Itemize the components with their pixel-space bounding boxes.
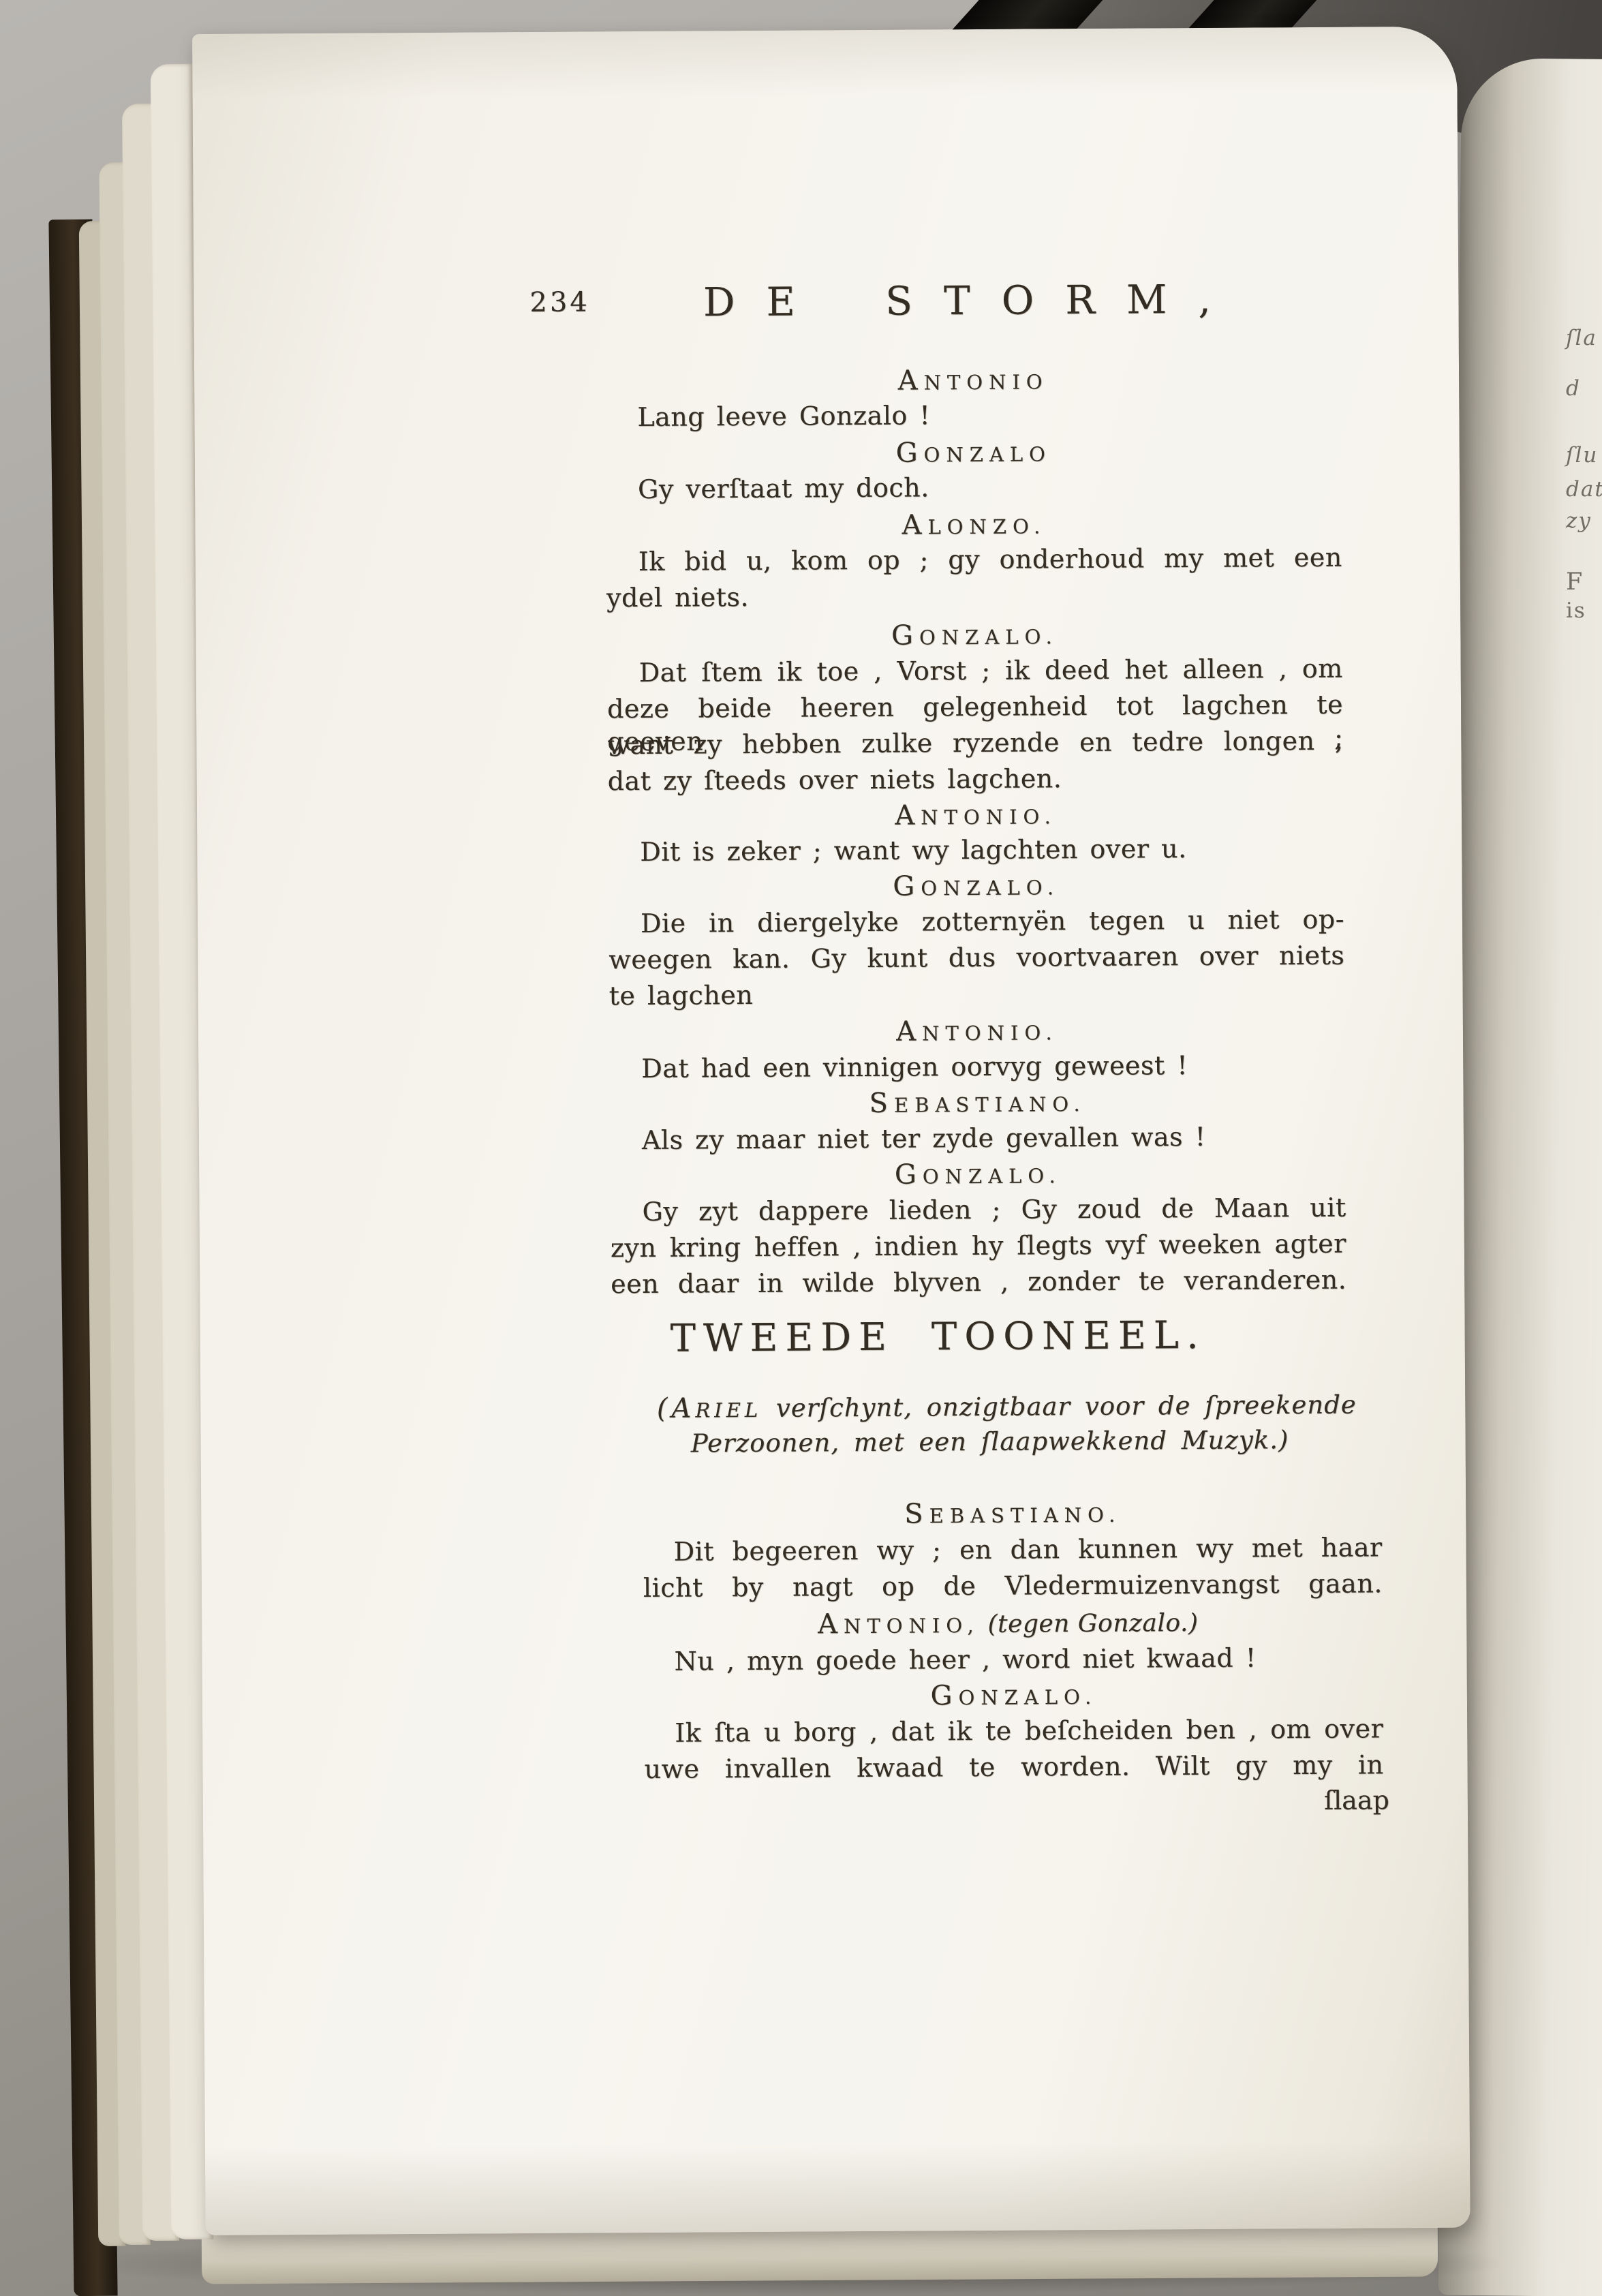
dialogue-line: dat zy ſteeds over niets lagchen. [608, 761, 1344, 798]
stage-direction-text: verſchynt, onzigtbaar voor de ſpreekende [762, 1390, 1357, 1423]
dialogue-line: Gy verſtaat my doch. [638, 470, 1342, 506]
speaker-name: SEBASTIANO. [645, 1495, 1381, 1531]
speaker-name: GONZALO. [609, 868, 1344, 904]
running-title: DE STORM, [604, 275, 1340, 326]
page-number: 234 [529, 286, 590, 318]
dialogue-line: Die in diergelyke zotternyën tegen u nie… [641, 904, 1344, 940]
dialogue-line: Dit is zeker ; want wy lagchten over u. [640, 832, 1344, 869]
speaker-name: GONZALO [606, 435, 1342, 471]
dialogue-line: zyn kring heffen , indien hy ſlegts vyf … [611, 1228, 1346, 1265]
dialogue-line: te lagchen [609, 976, 1344, 1013]
catchword: ſlaap [1324, 1785, 1389, 1816]
speaker-name: GONZALO. [646, 1677, 1382, 1713]
edge-fragment: ſla [1566, 326, 1602, 350]
dialogue-line: Dit begeeren wy ; en dan kunnen wy met h… [673, 1531, 1382, 1568]
speaker-name: ANTONIO. [609, 1013, 1345, 1050]
edge-fragment: dat [1566, 477, 1602, 502]
stage-direction-line: Perzoonen, met een ſlaapwekkend Muzyk.) [622, 1425, 1358, 1459]
scene-heading: TWEEDE TOONEEL. [570, 1313, 1306, 1362]
edge-fragment: is [1566, 598, 1602, 623]
inline-stage-direction: (tegen Gonzalo.) [979, 1609, 1198, 1638]
dialogue-line: weegen kan. Gy kunt dus voortvaaren over… [609, 940, 1344, 977]
dialogue-line: Ik ſta u borg , dat ik te beſcheiden ben… [675, 1713, 1383, 1749]
edge-fragment: d [1566, 376, 1602, 401]
page-block-bottom-edge [202, 2226, 1438, 2284]
dialogue-line: Dat had een vinnigen oorvyg geweest ! [641, 1049, 1345, 1086]
stage-direction-line: (ARIEL verſchynt, onzigtbaar voor de ſpr… [638, 1388, 1374, 1424]
dialogue-line: Als zy maar niet ter zyde gevallen was ! [642, 1120, 1346, 1157]
speaker-name: SEBASTIANO. [609, 1085, 1345, 1121]
dialogue-line: uwe invallen kwaad te worden. Wilt gy my… [644, 1749, 1383, 1786]
speaker-name: ANTONIO, [818, 1614, 980, 1638]
stage-direction-character: (ARIEL [657, 1398, 762, 1422]
edge-fragment: ſlu [1566, 443, 1602, 468]
dialogue-line: licht by nagt op de Vledermuizenvangst g… [643, 1567, 1383, 1604]
speaker-name: GONZALO. [610, 1157, 1346, 1193]
text-column: DE STORM, ANTONIO Lang leeve Gonzalo ! G… [603, 27, 1353, 2233]
main-page: 234 DE STORM, ANTONIO Lang leeve Gonzalo… [192, 27, 1470, 2235]
speaker-name-with-direction: ANTONIO, (tegen Gonzalo.) [640, 1605, 1376, 1641]
speaker-name: ANTONIO [605, 363, 1341, 399]
dialogue-line: Lang leeve Gonzalo ! [637, 397, 1341, 434]
edge-fragment: zy [1566, 508, 1602, 533]
dialogue-line: Dat ſtem ik toe , Vorst ; ik deed het al… [639, 653, 1343, 690]
dialogue-line: Ik bid u, kom op ; gy onderhoud my met e… [638, 542, 1342, 579]
speaker-name: GONZALO. [606, 617, 1342, 654]
dialogue-line: een daar in wilde blyven , zonder te ver… [611, 1264, 1346, 1301]
book-photo: { "book_page": { "page_number": "234", "… [0, 0, 1602, 2296]
speaker-name: ANTONIO. [608, 797, 1344, 833]
speaker-name: ALONZO. [606, 507, 1342, 543]
edge-fragment: F [1566, 568, 1602, 596]
dialogue-line: Gy zyt dappere lieden ; Gy zoud de Maan … [642, 1192, 1346, 1229]
dialogue-line: Nu , myn goede heer , word niet kwaad ! [674, 1641, 1383, 1678]
dialogue-line: want zy hebben zulke ryzende en tedre lo… [607, 725, 1343, 762]
dialogue-line: ydel niets. [606, 578, 1342, 615]
